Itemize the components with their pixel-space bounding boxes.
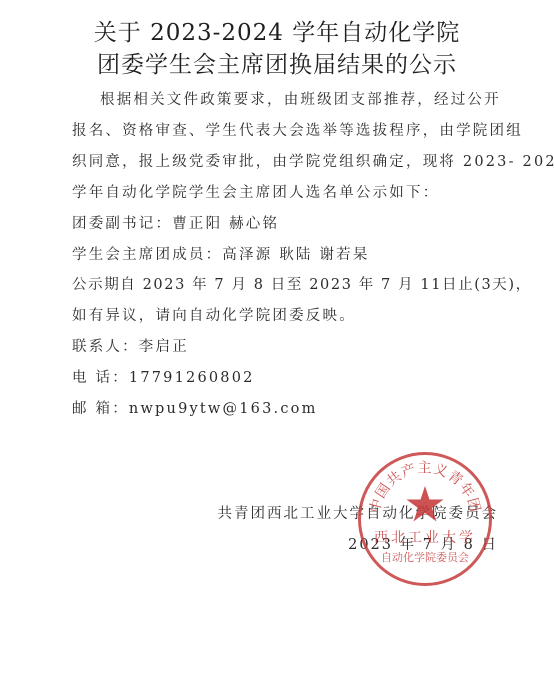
contact-phone: 电 话：17791260802 (72, 366, 255, 387)
document-title-line-2: 团委学生会主席团换届结果的公示 (0, 46, 554, 79)
deputy-secretary-line: 团委副书记：曹正阳 赫心铭 (72, 212, 279, 233)
body-paragraph-line: 报名、资格审查、学生代表大会选举等选拔程序，由学院团组 (72, 119, 523, 140)
objection-line: 如有异议，请向自动化学院团委反映。 (72, 304, 356, 325)
presidium-members-line: 学生会主席团成员：高泽源 耿陆 谢若杲 (72, 243, 370, 264)
issue-date: 2023 年 7 月 8 日 (348, 533, 498, 554)
body-paragraph-line: 织同意，报上级党委审批，由学院党组织确定，现将 2023- 2024 (72, 150, 554, 171)
body-paragraph-line: 根据相关文件政策要求，由班级团支部推荐，经过公开 (100, 88, 501, 109)
contact-person: 联系人：李启正 (72, 335, 189, 356)
contact-email[interactable]: 邮 箱：nwpu9ytw@163.com (72, 397, 318, 418)
document-title-line-1: 关于 2023-2024 学年自动化学院 (0, 14, 554, 47)
body-paragraph-line: 学年自动化学院学生会主席团人选名单公示如下： (72, 181, 439, 202)
publicity-period-line: 公示期自 2023 年 7 月 8 日至 2023 年 7 月 11日止(3天)… (72, 273, 532, 294)
issuer-signature: 共青团西北工业大学自动化学院委员会 (218, 502, 499, 523)
